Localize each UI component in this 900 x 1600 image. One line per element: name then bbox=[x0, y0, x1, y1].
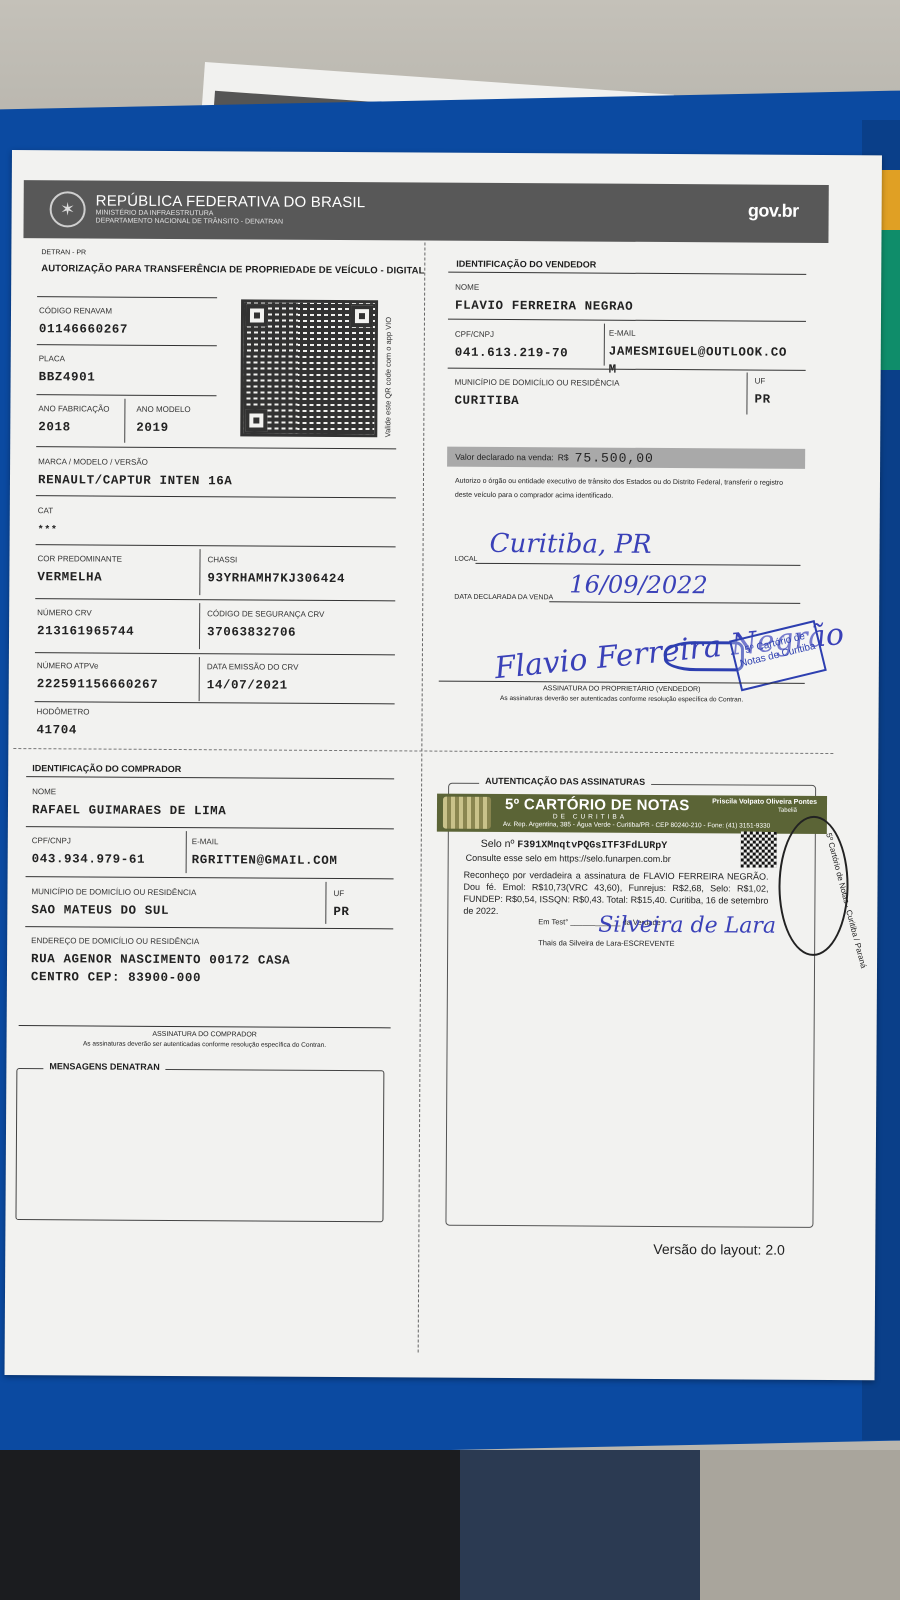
value: BBZ4901 bbox=[39, 370, 96, 384]
label: COR PREDOMINANTE bbox=[37, 554, 122, 564]
value: 37063832706 bbox=[207, 625, 296, 640]
declared-value: 75.500,00 bbox=[575, 450, 654, 465]
floor bbox=[700, 1450, 900, 1600]
field-cor: COR PREDOMINANTE VERMELHA bbox=[37, 554, 122, 586]
cartorio-name: 5º CARTÓRIO DE NOTAS bbox=[505, 796, 690, 814]
field-cat: CAT *** bbox=[38, 506, 58, 537]
rule bbox=[124, 399, 125, 443]
label: ANO MODELO bbox=[136, 405, 190, 414]
label: HODÔMETRO bbox=[37, 707, 90, 716]
field-chassi: CHASSI 93YRHAMH7KJ306424 bbox=[207, 555, 345, 587]
rule bbox=[35, 701, 395, 704]
horizontal-divider bbox=[13, 748, 833, 754]
field-seller-cpf: CPF/CNPJ 041.613.219-70 bbox=[455, 330, 569, 362]
buyer-signature-note: As assinaturas deverão ser autenticadas … bbox=[19, 1040, 391, 1049]
qr-code[interactable] bbox=[240, 299, 378, 437]
value: 041.613.219-70 bbox=[455, 346, 569, 361]
field-codigo-seguranca-crv: CÓDIGO DE SEGURANÇA CRV 37063832706 bbox=[207, 609, 324, 641]
label: NOME bbox=[32, 787, 226, 797]
field-hodometro: HODÔMETRO 41704 bbox=[36, 707, 89, 738]
rule bbox=[325, 882, 326, 924]
tabeliao-role: Tabeliã bbox=[778, 808, 797, 814]
local-label: LOCAL bbox=[454, 556, 477, 563]
label: CAT bbox=[38, 506, 58, 515]
selo-qr-code[interactable] bbox=[741, 831, 777, 867]
authorization-text: Autorizo o órgão ou entidade executivo d… bbox=[455, 475, 785, 505]
cartorio-address: Av. Rep. Argentina, 385 - Água Verde - C… bbox=[503, 821, 770, 830]
value: CURITIBA bbox=[454, 394, 519, 408]
selo-code: F391XMnqtvPQGsITF3FdLURpY bbox=[517, 840, 667, 852]
value: PR bbox=[333, 905, 349, 919]
value: FLAVIO FERREIRA NEGRAO bbox=[455, 299, 633, 314]
value: SAO MATEUS DO SUL bbox=[31, 903, 169, 918]
label: CHASSI bbox=[207, 555, 345, 565]
field-seller-municipio: MUNICÍPIO DE DOMICÍLIO OU RESIDÊNCIA CUR… bbox=[454, 378, 619, 410]
selo-line: Selo nº F391XMnqtvPQGsITF3FdLURpY bbox=[481, 838, 668, 852]
currency: R$ bbox=[558, 452, 569, 462]
label: NOME bbox=[455, 283, 633, 293]
field-seller-nome: NOME FLAVIO FERREIRA NEGRAO bbox=[455, 283, 633, 315]
header-band: ✶ REPÚBLICA FEDERATIVA DO BRASIL MINISTÉ… bbox=[23, 180, 828, 243]
qr-caption: Valide este QR code com o app VIO bbox=[383, 317, 393, 437]
qr-finder bbox=[351, 305, 373, 327]
issuer: DETRAN - PR bbox=[41, 249, 86, 256]
seller-section-title: IDENTIFICAÇÃO DO VENDEDOR bbox=[456, 259, 596, 270]
cartorio-city: DE CURITIBA bbox=[553, 813, 627, 820]
label: ENDEREÇO DE DOMICÍLIO OU RESIDÊNCIA bbox=[31, 936, 290, 947]
field-ano-fabricacao: ANO FABRICAÇÃO 2018 bbox=[38, 404, 109, 435]
value: 41704 bbox=[36, 723, 77, 737]
label: MARCA / MODELO / VERSÃO bbox=[38, 457, 232, 467]
value: 2018 bbox=[38, 420, 70, 434]
value: RGRITTEN@GMAIL.COM bbox=[192, 853, 338, 868]
rule bbox=[36, 495, 396, 498]
rule bbox=[549, 601, 800, 604]
rule bbox=[26, 876, 394, 879]
value: PR bbox=[754, 393, 770, 407]
value: *** bbox=[38, 525, 58, 536]
header-text: REPÚBLICA FEDERATIVA DO BRASIL MINISTÉRI… bbox=[96, 194, 366, 228]
rule bbox=[37, 344, 217, 346]
declared-value-label: Valor declarado na venda: bbox=[455, 452, 554, 463]
label: CÓDIGO DE SEGURANÇA CRV bbox=[207, 609, 324, 619]
qr-finder bbox=[245, 409, 267, 431]
label: NÚMERO ATPVe bbox=[37, 661, 159, 671]
rule bbox=[26, 776, 394, 779]
rule bbox=[604, 324, 605, 366]
rule bbox=[199, 549, 200, 595]
date-label: DATA DECLARADA DA VENDA bbox=[454, 594, 553, 602]
rule bbox=[36, 544, 396, 547]
rule bbox=[475, 563, 800, 566]
value: RENAULT/CAPTUR INTEN 16A bbox=[38, 473, 233, 488]
label: ANO FABRICAÇÃO bbox=[38, 404, 109, 413]
rule bbox=[37, 394, 217, 396]
label: CPF/CNPJ bbox=[32, 836, 145, 846]
field-buyer-uf: UF PR bbox=[333, 889, 349, 920]
escrevente-signature: Silveira de Lara bbox=[598, 913, 776, 939]
escrevente-name: Thais da Silveira de Lara-ESCREVENTE bbox=[538, 938, 674, 948]
buyer-signature-label: ASSINATURA DO COMPRADOR bbox=[19, 1030, 391, 1039]
govbr-logo: gov.br bbox=[748, 200, 799, 221]
selo-prefix: Selo nº bbox=[481, 838, 515, 850]
label: NÚMERO CRV bbox=[37, 608, 134, 618]
brazil-coat-of-arms-icon: ✶ bbox=[50, 191, 86, 227]
qr-finder bbox=[246, 304, 268, 326]
label: DATA EMISSÃO DO CRV bbox=[207, 662, 299, 672]
rule bbox=[35, 598, 395, 601]
field-data-emissao-crv: DATA EMISSÃO DO CRV 14/07/2021 bbox=[207, 662, 299, 694]
field-placa: PLACA BBZ4901 bbox=[39, 354, 96, 385]
rule bbox=[19, 1025, 391, 1028]
rule bbox=[199, 657, 200, 701]
country-title: REPÚBLICA FEDERATIVA DO BRASIL bbox=[96, 194, 366, 212]
authentication-title: AUTENTICAÇÃO DAS ASSINATURAS bbox=[479, 776, 651, 787]
department: DEPARTAMENTO NACIONAL DE TRÂNSITO - DENA… bbox=[96, 218, 366, 228]
field-numero-atpve: NÚMERO ATPVe 222591156660267 bbox=[37, 661, 159, 693]
field-numero-crv: NÚMERO CRV 213161965744 bbox=[37, 608, 134, 640]
field-seller-uf: UF PR bbox=[754, 377, 770, 408]
field-renavam: CÓDIGO RENAVAM 01146660267 bbox=[39, 306, 128, 338]
buyer-section-title: IDENTIFICAÇÃO DO COMPRADOR bbox=[32, 763, 181, 774]
tabeliao-name: Priscila Volpato Oliveira Pontes bbox=[712, 798, 817, 806]
value: JAMESMIGUEL@OUTLOOK.CO M bbox=[609, 345, 787, 377]
seller-signature-label: ASSINATURA DO PROPRIETÁRIO (VENDEDOR) bbox=[439, 685, 805, 694]
value: 213161965744 bbox=[37, 624, 134, 639]
rule bbox=[35, 652, 395, 655]
rule bbox=[746, 372, 747, 414]
document-title: AUTORIZAÇÃO PARA TRANSFERÊNCIA DE PROPRI… bbox=[41, 263, 424, 276]
value: RUA AGENOR NASCIMENTO 00172 CASA CENTRO … bbox=[31, 952, 290, 985]
field-buyer-nome: NOME RAFAEL GUIMARAES DE LIMA bbox=[32, 787, 227, 819]
rule bbox=[448, 272, 806, 275]
value: VERMELHA bbox=[37, 570, 102, 584]
date-handwritten: 16/09/2022 bbox=[569, 570, 707, 599]
cartorio-header: 5º CARTÓRIO DE NOTAS DE CURITIBA Priscil… bbox=[437, 794, 827, 834]
value: 2019 bbox=[136, 421, 168, 435]
field-marca-modelo: MARCA / MODELO / VERSÃO RENAULT/CAPTUR I… bbox=[38, 457, 233, 489]
label: PLACA bbox=[39, 354, 96, 363]
local-handwritten: Curitiba, PR bbox=[490, 529, 652, 560]
field-ano-modelo: ANO MODELO 2019 bbox=[136, 405, 190, 436]
rule bbox=[36, 446, 396, 449]
declared-value-bar: Valor declarado na venda: R$ 75.500,00 bbox=[447, 447, 805, 469]
value: 222591156660267 bbox=[37, 677, 159, 692]
denatran-messages-title: MENSAGENS DENATRAN bbox=[43, 1061, 165, 1072]
cartorio-building-icon bbox=[443, 797, 491, 829]
photo-background-floor bbox=[0, 1450, 900, 1600]
label: UF bbox=[333, 889, 349, 898]
label: CPF/CNPJ bbox=[455, 330, 568, 340]
rule bbox=[448, 319, 806, 322]
recognition-text: Reconheço por verdadeira a assinatura de… bbox=[463, 869, 768, 919]
field-buyer-municipio: MUNICÍPIO DE DOMICÍLIO OU RESIDÊNCIA SAO… bbox=[31, 887, 196, 919]
label: CÓDIGO RENAVAM bbox=[39, 306, 128, 316]
denatran-messages-box: MENSAGENS DENATRAN bbox=[15, 1068, 384, 1222]
label: E-MAIL bbox=[192, 837, 338, 847]
field-buyer-cpf: CPF/CNPJ 043.934.979-61 bbox=[32, 836, 146, 868]
atpve-document: ✶ REPÚBLICA FEDERATIVA DO BRASIL MINISTÉ… bbox=[5, 150, 882, 1380]
rule bbox=[199, 603, 200, 649]
value: 93YRHAMH7KJ306424 bbox=[207, 571, 345, 586]
value: 01146660267 bbox=[39, 322, 128, 337]
cartorio-round-seal: 5º Cartório de Notas · Curitiba / Paraná bbox=[778, 816, 849, 956]
value: 14/07/2021 bbox=[207, 678, 288, 692]
value: RAFAEL GUIMARAES DE LIMA bbox=[32, 803, 227, 818]
seller-signature-note: As assinaturas deverão ser autenticadas … bbox=[439, 695, 805, 704]
label: UF bbox=[755, 377, 771, 386]
field-seller-email: E-MAIL JAMESMIGUEL@OUTLOOK.CO M bbox=[609, 329, 788, 379]
person-leg bbox=[460, 1450, 700, 1600]
rule bbox=[186, 831, 187, 873]
field-buyer-endereco: ENDEREÇO DE DOMICÍLIO OU RESIDÊNCIA RUA … bbox=[31, 936, 291, 987]
seal-text: 5º Cartório de Notas · Curitiba / Paraná bbox=[824, 832, 868, 969]
layout-version: Versão do layout: 2.0 bbox=[653, 1241, 785, 1258]
label: MUNICÍPIO DE DOMICÍLIO OU RESIDÊNCIA bbox=[455, 378, 620, 388]
rule bbox=[25, 926, 393, 929]
value: 043.934.979-61 bbox=[32, 852, 146, 867]
signature-authentication-box: AUTENTICAÇÃO DAS ASSINATURAS 5º CARTÓRIO… bbox=[445, 783, 816, 1228]
field-buyer-email: E-MAIL RGRITTEN@GMAIL.COM bbox=[192, 837, 338, 869]
label: MUNICÍPIO DE DOMICÍLIO OU RESIDÊNCIA bbox=[31, 887, 196, 897]
rule bbox=[26, 826, 394, 829]
label: E-MAIL bbox=[609, 329, 787, 339]
rule bbox=[37, 296, 217, 298]
selo-consult-link[interactable]: Consulte esse selo em https://selo.funar… bbox=[466, 853, 671, 864]
vertical-divider bbox=[418, 243, 426, 1353]
